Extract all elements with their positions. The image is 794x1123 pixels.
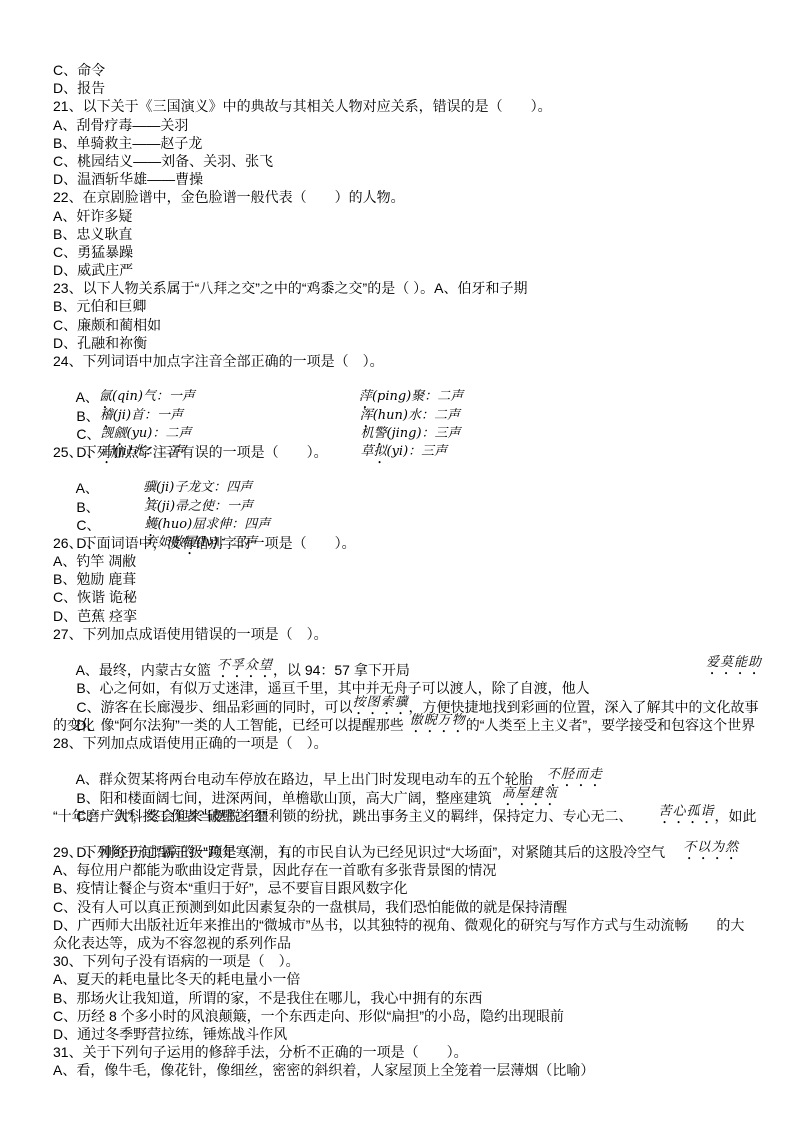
question-stem: 25、下列加点字注音有误的一项是（ ）。 — [53, 443, 788, 461]
option-line: C、游客在长廊漫步、细品彩画的同时，可以按图索骥，方便快捷地找到彩画的位置，深入… — [53, 679, 788, 697]
option-line: C、没有人可以真正预测到如此因素复杂的一盘棋局，我们恐怕能做的就是保持清醒 — [53, 898, 788, 916]
option-line: A、最终，内蒙古女篮不孚众望，以 94：57 拿下开局 — [53, 643, 788, 661]
option-line: A、群众贺某将两台电动车停放在路边，早上出门时发现电动车的五个轮胎不胫而走 — [53, 752, 788, 770]
option-line: C、广大科技工作者当摆脱名缰利锁的纷扰，跳出事务主义的羁绊，保持定力、专心无二、… — [53, 789, 788, 807]
option-line: D、像“阿尔法狗”一类的人工智能，已经可以提醒那些傲睨万物的“人类至上主义者”，… — [53, 698, 788, 716]
option-line: B、箕(ji)帚之使：一声 — [53, 479, 788, 497]
document-content: C、命令 D、报告 21、以下关于《三国演义》中的典故与其相关人物对应关系，错误… — [53, 61, 788, 1080]
continuation-line: 众化表达等，成为不容忽视的系列作品 — [53, 934, 788, 952]
question-stem: 28、下列加点成语使用正确的一项是（ ）。 — [53, 734, 788, 752]
option-line: C、勇猛暴躁 — [53, 243, 788, 261]
option-line: C、恢谐 诡秘 — [53, 588, 788, 606]
option-line: C、廉颇和蔺相如 — [53, 316, 788, 334]
option-line: B、阳和楼面阔七间，进深两间，单檐歇山顶，高大广阔，整座建筑高屋建瓴 — [53, 770, 788, 788]
option-line: D、通过冬季野营拉练，锤炼战斗作风 — [53, 1025, 788, 1043]
option-line: B、稽(ji)首：一声浑(hun)水：二声 — [53, 388, 788, 406]
option-line: D、广西师大出版社近年来推出的“微城市”丛书，以其独特的视角、微观化的研究与写作… — [53, 916, 788, 934]
continuation-line: 的变化 — [53, 716, 788, 734]
option-line: A、刮骨疗毒——关羽 — [53, 116, 788, 134]
option-line: B、那场火让我知道，所谓的家，不是我住在哪儿，我心中拥有的东西 — [53, 989, 788, 1007]
question-stem: 31、关于下列句子运用的修辞手法，分析不正确的一项是（ ）。 — [53, 1043, 788, 1061]
option-line: C、命令 — [53, 61, 788, 79]
question-stem: 26、下面词语中，没有错别字的一项是（ ）。 — [53, 534, 788, 552]
question-stem: 23、以下人物关系属于“八拜之交”之中的“鸡黍之交”的是（ ）。A、伯牙和子期 — [53, 279, 788, 297]
continuation-line: “十年磨一剑”，终会迎来“破壁之日” — [53, 807, 788, 825]
option-line: D、孔融和祢衡 — [53, 334, 788, 352]
option-line: A、看，像牛毛，像花针，像细丝，密密的斜织着，人家屋顶上全笼着一层薄烟（比喻） — [53, 1061, 788, 1079]
question-stem: 29、下列句子有语病的一项是（ ）。 — [53, 843, 788, 861]
option-line: B、元伯和巨卿 — [53, 297, 788, 315]
emphasized-idiom: 爱莫能助 — [706, 654, 762, 678]
document-page: C、命令 D、报告 21、以下关于《三国演义》中的典故与其相关人物对应关系，错误… — [0, 0, 794, 1123]
question-stem: 22、在京剧脸谱中，金色脸谱一般代表（ ）的人物。 — [53, 188, 788, 206]
option-line: C、觊觎(yu)：二声机警(jing)：三声 — [53, 407, 788, 425]
option-line: A、氤(qin)气：一声萍(ping)聚：二声 — [53, 370, 788, 388]
option-line: C、蠖(huo)屈求伸：四声 — [53, 498, 788, 516]
option-line: D、吉(ji)兆：二声草拟(yi)：三声 — [53, 425, 788, 443]
option-line: D、威武庄严 — [53, 261, 788, 279]
option-line: B、疫情让餐企与资本“重归于好”，忌不要盲目跟风数字化 — [53, 879, 788, 897]
option-line: A、奸诈多疑 — [53, 207, 788, 225]
option-line: D、刚经历过“霸王级”跨年寒潮，有的市民自认为已经见识过“大场面”，对紧随其后的… — [53, 825, 788, 843]
question-stem: 24、下列词语中加点字注音全部正确的一项是（ ）。 — [53, 352, 788, 370]
option-line: C、历经 8 个多小时的风浪颠簸，一个东西走向、形似“扁担”的小岛，隐约出现眼前 — [53, 1007, 788, 1025]
option-line: B、忠义耿直 — [53, 225, 788, 243]
option-line: D、弃如敝履(lv)：三声 — [53, 516, 788, 534]
option-line: D、温酒斩华雄——曹操 — [53, 170, 788, 188]
option-line: A、夏天的耗电量比冬天的耗电量小一倍 — [53, 970, 788, 988]
option-line: B、勉励 鹿葺 — [53, 570, 788, 588]
option-line: B、单骑救主——赵子龙 — [53, 134, 788, 152]
question-stem: 27、下列加点成语使用错误的一项是（ ）。 — [53, 625, 788, 643]
option-line: A、钓竿 凋敝 — [53, 552, 788, 570]
option-line: A、骥(ji)子龙文：四声 — [53, 461, 788, 479]
option-line: D、芭蕉 痉挛 — [53, 607, 788, 625]
option-line: D、报告 — [53, 79, 788, 97]
question-stem: 21、以下关于《三国演义》中的典故与其相关人物对应关系，错误的是（ ）。 — [53, 97, 788, 115]
option-line: B、心之何如，有似万丈迷津，遥亘千里，其中并无舟子可以渡人，除了自渡，他人爱莫能… — [53, 661, 788, 679]
question-stem: 30、下列句子没有语病的一项是（ ）。 — [53, 952, 788, 970]
option-line: A、每位用户都能为歌曲设定背景，因此存在一首歌有多张背景图的情况 — [53, 861, 788, 879]
option-line: C、桃园结义——刘备、关羽、张飞 — [53, 152, 788, 170]
